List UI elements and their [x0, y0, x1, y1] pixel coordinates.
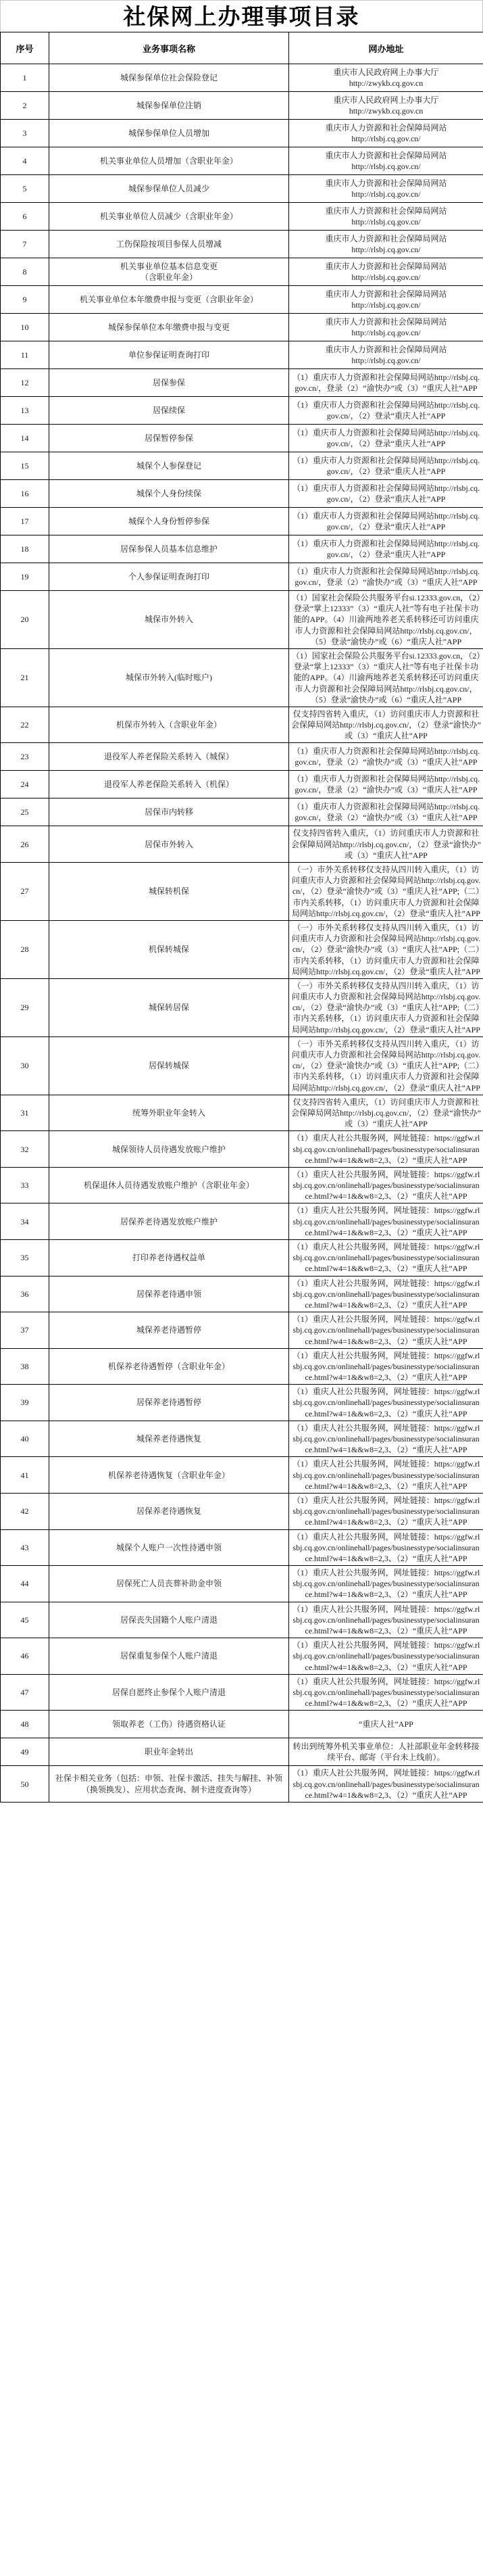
- row-name: 城保市外转入(临时账户): [49, 648, 289, 707]
- table-row: 11 单位参保证明查询打印 重庆市人力资源和社会保障局网站 http://rls…: [1, 341, 483, 369]
- table-row: 16 城保个人身份续保 （1）重庆市人力资源和社会保障局网站http://rls…: [1, 480, 483, 508]
- table-row: 27 城保转机保 （一）市外关系转移仅支持从四川转入重庆，（1）访问重庆市人力资…: [1, 863, 483, 921]
- table-row: 38 机保养老待遇暂停（含职业年金） （1）重庆人社公共服务网，网址链接：htt…: [1, 1348, 483, 1385]
- row-no: 50: [1, 1766, 49, 1803]
- row-address: （一）市外关系转移仅支持从四川转入重庆，（1）访问重庆市人力资源和社会保障局网站…: [289, 920, 483, 978]
- table-row: 33 机保退休人员待遇发放账户维护（含职业年金） （1）重庆人社公共服务网，网址…: [1, 1167, 483, 1203]
- row-address: （1）重庆市人力资源和社会保障局网站http://rlsbj.cq.gov.cn…: [289, 771, 483, 798]
- row-name: 城保养老待遇恢复: [49, 1421, 289, 1457]
- table-row: 46 居保重复参保个人账户清退 （1）重庆人社公共服务网，网址链接：https:…: [1, 1638, 483, 1675]
- row-no: 20: [1, 591, 49, 649]
- table-row: 31 统筹外职业年金转入 仅支持四省转入重庆，（1）访问重庆市人力资源和社会保障…: [1, 1095, 483, 1131]
- row-name: 机保养老待遇暂停（含职业年金）: [49, 1348, 289, 1385]
- table-row: 5 城保参保单位人员减少 重庆市人力资源和社会保障局网站 http://rlsb…: [1, 175, 483, 203]
- row-no: 15: [1, 452, 49, 480]
- row-no: 38: [1, 1348, 49, 1385]
- table-row: 17 城保个人身份暂停参保 （1）重庆市人力资源和社会保障局网站http://r…: [1, 508, 483, 535]
- row-no: 16: [1, 480, 49, 508]
- table-row: 28 机保转城保 （一）市外关系转移仅支持从四川转入重庆，（1）访问重庆市人力资…: [1, 920, 483, 978]
- row-no: 22: [1, 707, 49, 743]
- row-address: （1）重庆市人力资源和社会保障局网站http://rlsbj.cq.gov.cn…: [289, 743, 483, 771]
- table-row: 4 机关事业单位人员增加（含职业年金） 重庆市人力资源和社会保障局网站 http…: [1, 147, 483, 175]
- row-address: 重庆市人力资源和社会保障局网站 http://rlsbj.cq.gov.cn/: [289, 120, 483, 147]
- document-page: 社保网上办理事项目录 序号 业务事项名称 网办地址 1 城保参保单位社会保险登记…: [0, 0, 483, 1803]
- table-row: 1 城保参保单位社会保险登记 重庆市人民政府网上办事大厅 http://zwyk…: [1, 64, 483, 92]
- title-band: 社保网上办理事项目录: [0, 0, 483, 32]
- row-name: 机保退休人员待遇发放账户维护（含职业年金）: [49, 1167, 289, 1203]
- row-no: 27: [1, 863, 49, 921]
- row-address: 重庆市人力资源和社会保障局网站 http://rlsbj.cq.gov.cn/: [289, 314, 483, 341]
- row-no: 32: [1, 1131, 49, 1168]
- row-name: 个人参保证明查询打印: [49, 563, 289, 591]
- row-name: 居保参保人员基本信息维护: [49, 535, 289, 563]
- table-row: 7 工伤保险按项目参保人员增减 重庆市人力资源和社会保障局网站 http://r…: [1, 231, 483, 258]
- row-no: 4: [1, 147, 49, 175]
- table-row: 19 个人参保证明查询打印 （1）重庆市人力资源和社会保障局网站http://r…: [1, 563, 483, 591]
- row-name: 领取养老（工伤）待遇资格认证: [49, 1711, 289, 1738]
- row-no: 28: [1, 920, 49, 978]
- row-name: 机关事业单位基本信息变更 （含职业年金）: [49, 258, 289, 286]
- row-no: 47: [1, 1674, 49, 1711]
- table-row: 22 机保市外转入（含职业年金） 仅支持四省转入重庆，（1）访问重庆市人力资源和…: [1, 707, 483, 743]
- row-name: 城保转居保: [49, 978, 289, 1036]
- row-no: 1: [1, 64, 49, 92]
- row-no: 11: [1, 341, 49, 369]
- row-address: （1）重庆人社公共服务网，网址链接：https://ggfw.rlsbj.cq.…: [289, 1674, 483, 1711]
- row-no: 19: [1, 563, 49, 591]
- row-no: 6: [1, 203, 49, 231]
- row-address: 仅支持四省转入重庆，（1）访问重庆市人力资源和社会保障局网站http://rls…: [289, 826, 483, 863]
- table-header-no: 序号: [1, 32, 49, 64]
- row-address: （1）重庆人社公共服务网，网址链接：https://ggfw.rlsbj.cq.…: [289, 1203, 483, 1240]
- row-no: 14: [1, 425, 49, 452]
- row-name: 城保参保单位人员减少: [49, 175, 289, 203]
- row-name: 城保市外转入: [49, 591, 289, 649]
- row-address: （1）重庆人社公共服务网，网址链接：https://ggfw.rlsbj.cq.…: [289, 1240, 483, 1277]
- row-address: 重庆市人力资源和社会保障局网站 http://rlsbj.cq.gov.cn/: [289, 258, 483, 286]
- row-no: 7: [1, 231, 49, 258]
- row-no: 34: [1, 1203, 49, 1240]
- row-no: 48: [1, 1711, 49, 1738]
- row-name: 居保养老待遇申领: [49, 1276, 289, 1312]
- row-address: 仅支持四省转入重庆，（1）访问重庆市人力资源和社会保障局网站http://rls…: [289, 1095, 483, 1131]
- table-row: 13 居保续保 （1）重庆市人力资源和社会保障局网站http://rlsbj.c…: [1, 397, 483, 425]
- directory-table: 序号 业务事项名称 网办地址 1 城保参保单位社会保险登记 重庆市人民政府网上办…: [0, 32, 483, 1803]
- row-address: （1）重庆市人力资源和社会保障局网站http://rlsbj.cq.gov.cn…: [289, 425, 483, 452]
- row-name: 城保个人参保登记: [49, 452, 289, 480]
- row-address: 重庆市人力资源和社会保障局网站 http://rlsbj.cq.gov.cn/: [289, 286, 483, 314]
- row-address: （1）重庆人社公共服务网，网址链接：https://ggfw.rlsbj.cq.…: [289, 1457, 483, 1494]
- row-address: （1）重庆人社公共服务网，网址链接：https://ggfw.rlsbj.cq.…: [289, 1131, 483, 1168]
- row-address: （一）市外关系转移仅支持从四川转入重庆，（1）访问重庆市人力资源和社会保障局网站…: [289, 863, 483, 921]
- row-address: （1）重庆市人力资源和社会保障局网站http://rlsbj.cq.gov.cn…: [289, 480, 483, 508]
- row-address: （1）重庆人社公共服务网，网址链接：https://ggfw.rlsbj.cq.…: [289, 1421, 483, 1457]
- row-no: 13: [1, 397, 49, 425]
- row-no: 45: [1, 1602, 49, 1638]
- row-address: （1）重庆人社公共服务网，网址链接：https://ggfw.rlsbj.cq.…: [289, 1566, 483, 1602]
- table-header-name: 业务事项名称: [49, 32, 289, 64]
- row-address: “重庆人社”APP: [289, 1711, 483, 1738]
- row-no: 8: [1, 258, 49, 286]
- row-name: 居保重复参保个人账户清退: [49, 1638, 289, 1675]
- row-address: （1）重庆人社公共服务网，网址链接：https://ggfw.rlsbj.cq.…: [289, 1493, 483, 1529]
- row-name: 城保参保单位本年缴费申报与变更: [49, 314, 289, 341]
- row-name: 居保养老待遇暂停: [49, 1385, 289, 1421]
- row-name: 居保续保: [49, 397, 289, 425]
- row-name: 居保丧失国籍个人账户清退: [49, 1602, 289, 1638]
- row-name: 居保自愿终止参保个人账户清退: [49, 1674, 289, 1711]
- row-address: 重庆市人民政府网上办事大厅 http://zwykb.cq.gov.cn: [289, 64, 483, 92]
- row-no: 18: [1, 535, 49, 563]
- row-name: 统筹外职业年金转入: [49, 1095, 289, 1131]
- table-row: 21 城保市外转入(临时账户) （1）国家社会保险公共服务平台si.12333.…: [1, 648, 483, 707]
- row-name: 机保转城保: [49, 920, 289, 978]
- row-address: （1）重庆市人力资源和社会保障局网站http://rlsbj.cq.gov.cn…: [289, 563, 483, 591]
- row-name: 城保领待人员待遇发放账户维护: [49, 1131, 289, 1168]
- row-address: （1）重庆人社公共服务网，网址链接：https://ggfw.rlsbj.cq.…: [289, 1312, 483, 1349]
- row-no: 49: [1, 1738, 49, 1766]
- row-address: 重庆市人民政府网上办事大厅 http://zwykb.cq.gov.cn: [289, 92, 483, 120]
- table-row: 36 居保养老待遇申领 （1）重庆人社公共服务网，网址链接：https://gg…: [1, 1276, 483, 1312]
- table-row: 41 机保养老待遇恢复（含职业年金） （1）重庆人社公共服务网，网址链接：htt…: [1, 1457, 483, 1494]
- row-name: 打印养老待遇权益单: [49, 1240, 289, 1277]
- row-address: （1）重庆市人力资源和社会保障局网站http://rlsbj.cq.gov.cn…: [289, 535, 483, 563]
- table-row: 24 退役军人养老保险关系转入（机保） （1）重庆市人力资源和社会保障局网站ht…: [1, 771, 483, 798]
- table-row: 50 社保卡相关业务（包括：申领、社保卡激活、挂失与解挂、补领（换领换发）、应用…: [1, 1766, 483, 1803]
- row-address: （1）重庆市人力资源和社会保障局网站http://rlsbj.cq.gov.cn…: [289, 452, 483, 480]
- row-address: 转出到统筹外机关事业单位：人社部职业年金转移接续平台、邮寄（平台未上线前）。: [289, 1738, 483, 1766]
- table-row: 15 城保个人参保登记 （1）重庆市人力资源和社会保障局网站http://rls…: [1, 452, 483, 480]
- row-name: 城保个人身份暂停参保: [49, 508, 289, 535]
- row-no: 2: [1, 92, 49, 120]
- row-no: 30: [1, 1036, 49, 1095]
- table-row: 37 城保养老待遇暂停 （1）重庆人社公共服务网，网址链接：https://gg…: [1, 1312, 483, 1349]
- row-address: （1）重庆人社公共服务网，网址链接：https://ggfw.rlsbj.cq.…: [289, 1529, 483, 1566]
- row-name: 城保参保单位注销: [49, 92, 289, 120]
- row-no: 36: [1, 1276, 49, 1312]
- row-name: 城保个人账户一次性待遇申领: [49, 1529, 289, 1566]
- table-header-row: 序号 业务事项名称 网办地址: [1, 32, 483, 64]
- row-no: 10: [1, 314, 49, 341]
- table-row: 23 退役军人养老保险关系转入（城保） （1）重庆市人力资源和社会保障局网站ht…: [1, 743, 483, 771]
- row-name: 退役军人养老保险关系转入（机保）: [49, 771, 289, 798]
- table-row: 47 居保自愿终止参保个人账户清退 （1）重庆人社公共服务网，网址链接：http…: [1, 1674, 483, 1711]
- table-row: 43 城保个人账户一次性待遇申领 （1）重庆人社公共服务网，网址链接：https…: [1, 1529, 483, 1566]
- row-no: 3: [1, 120, 49, 147]
- row-name: 居保养老待遇恢复: [49, 1493, 289, 1529]
- table-row: 6 机关事业单位人员减少（含职业年金） 重庆市人力资源和社会保障局网站 http…: [1, 203, 483, 231]
- table-row: 12 居保参保 （1）重庆市人力资源和社会保障局网站http://rlsbj.c…: [1, 369, 483, 397]
- row-name: 居保市外转入: [49, 826, 289, 863]
- table-row: 49 职业年金转出 转出到统筹外机关事业单位：人社部职业年金转移接续平台、邮寄（…: [1, 1738, 483, 1766]
- row-no: 42: [1, 1493, 49, 1529]
- row-address: （一）市外关系转移仅支持从四川转入重庆，（1）访问重庆市人力资源和社会保障局网站…: [289, 1036, 483, 1095]
- row-no: 24: [1, 771, 49, 798]
- row-address: （1）重庆人社公共服务网，网址链接：https://ggfw.rlsbj.cq.…: [289, 1167, 483, 1203]
- table-row: 26 居保市外转入 仅支持四省转入重庆，（1）访问重庆市人力资源和社会保障局网站…: [1, 826, 483, 863]
- row-name: 城保个人身份续保: [49, 480, 289, 508]
- table-row: 20 城保市外转入 （1）国家社会保险公共服务平台si.12333.gov.cn…: [1, 591, 483, 649]
- row-name: 居保暂停参保: [49, 425, 289, 452]
- row-no: 41: [1, 1457, 49, 1494]
- row-no: 17: [1, 508, 49, 535]
- table-row: 8 机关事业单位基本信息变更 （含职业年金） 重庆市人力资源和社会保障局网站 h…: [1, 258, 483, 286]
- table-row: 10 城保参保单位本年缴费申报与变更 重庆市人力资源和社会保障局网站 http:…: [1, 314, 483, 341]
- row-no: 40: [1, 1421, 49, 1457]
- row-name: 城保参保单位人员增加: [49, 120, 289, 147]
- row-name: 城保转机保: [49, 863, 289, 921]
- row-name: 机保养老待遇恢复（含职业年金）: [49, 1457, 289, 1494]
- row-name: 居保死亡人员丧葬补助金申领: [49, 1566, 289, 1602]
- row-no: 26: [1, 826, 49, 863]
- row-no: 23: [1, 743, 49, 771]
- table-row: 25 居保市内转移 （1）重庆市人力资源和社会保障局网站http://rlsbj…: [1, 798, 483, 826]
- row-address: （1）重庆市人力资源和社会保障局网站http://rlsbj.cq.gov.cn…: [289, 508, 483, 535]
- row-name: 机保市外转入（含职业年金）: [49, 707, 289, 743]
- table-row: 35 打印养老待遇权益单 （1）重庆人社公共服务网，网址链接：https://g…: [1, 1240, 483, 1277]
- row-no: 44: [1, 1566, 49, 1602]
- table-row: 3 城保参保单位人员增加 重庆市人力资源和社会保障局网站 http://rlsb…: [1, 120, 483, 147]
- row-no: 29: [1, 978, 49, 1036]
- table-row: 30 居保转城保 （一）市外关系转移仅支持从四川转入重庆，（1）访问重庆市人力资…: [1, 1036, 483, 1095]
- row-no: 33: [1, 1167, 49, 1203]
- row-name: 居保市内转移: [49, 798, 289, 826]
- row-name: 居保参保: [49, 369, 289, 397]
- row-address: （1）重庆人社公共服务网，网址链接：https://ggfw.rlsbj.cq.…: [289, 1638, 483, 1675]
- table-row: 44 居保死亡人员丧葬补助金申领 （1）重庆人社公共服务网，网址链接：https…: [1, 1566, 483, 1602]
- row-address: （1）重庆市人力资源和社会保障局网站http://rlsbj.cq.gov.cn…: [289, 397, 483, 425]
- row-address: （1）国家社会保险公共服务平台si.12333.gov.cn，（2）登录“掌上1…: [289, 648, 483, 707]
- table-row: 9 机关事业单位本年缴费申报与变更（含职业年金） 重庆市人力资源和社会保障局网站…: [1, 286, 483, 314]
- row-name: 单位参保证明查询打印: [49, 341, 289, 369]
- table-row: 18 居保参保人员基本信息维护 （1）重庆市人力资源和社会保障局网站http:/…: [1, 535, 483, 563]
- row-no: 39: [1, 1385, 49, 1421]
- row-address: （1）重庆人社公共服务网，网址链接：https://ggfw.rlsbj.cq.…: [289, 1766, 483, 1803]
- row-address: （1）重庆人社公共服务网，网址链接：https://ggfw.rlsbj.cq.…: [289, 1602, 483, 1638]
- row-no: 21: [1, 648, 49, 707]
- row-name: 机关事业单位人员减少（含职业年金）: [49, 203, 289, 231]
- row-no: 46: [1, 1638, 49, 1675]
- table-row: 45 居保丧失国籍个人账户清退 （1）重庆人社公共服务网，网址链接：https:…: [1, 1602, 483, 1638]
- row-no: 37: [1, 1312, 49, 1349]
- table-row: 2 城保参保单位注销 重庆市人民政府网上办事大厅 http://zwykb.cq…: [1, 92, 483, 120]
- table-body: 1 城保参保单位社会保险登记 重庆市人民政府网上办事大厅 http://zwyk…: [1, 64, 483, 1803]
- row-address: 重庆市人力资源和社会保障局网站 http://rlsbj.cq.gov.cn/: [289, 203, 483, 231]
- row-no: 31: [1, 1095, 49, 1131]
- row-name: 居保养老待遇发放账户维护: [49, 1203, 289, 1240]
- row-name: 退役军人养老保险关系转入（城保）: [49, 743, 289, 771]
- row-address: 重庆市人力资源和社会保障局网站 http://rlsbj.cq.gov.cn/: [289, 175, 483, 203]
- row-address: （1）重庆人社公共服务网，网址链接：https://ggfw.rlsbj.cq.…: [289, 1348, 483, 1385]
- table-row: 34 居保养老待遇发放账户维护 （1）重庆人社公共服务网，网址链接：https:…: [1, 1203, 483, 1240]
- row-address: （1）重庆市人力资源和社会保障局网站http://rlsbj.cq.gov.cn…: [289, 369, 483, 397]
- row-address: 仅支持四省转入重庆，（1）访问重庆市人力资源和社会保障局网站http://rls…: [289, 707, 483, 743]
- row-address: （一）市外关系转移仅支持从四川转入重庆，（1）访问重庆市人力资源和社会保障局网站…: [289, 978, 483, 1036]
- table-row: 40 城保养老待遇恢复 （1）重庆人社公共服务网，网址链接：https://gg…: [1, 1421, 483, 1457]
- row-no: 35: [1, 1240, 49, 1277]
- row-no: 9: [1, 286, 49, 314]
- row-address: （1）重庆市人力资源和社会保障局网站http://rlsbj.cq.gov.cn…: [289, 798, 483, 826]
- row-address: 重庆市人力资源和社会保障局网站 http://rlsbj.cq.gov.cn/: [289, 231, 483, 258]
- table-header-address: 网办地址: [289, 32, 483, 64]
- table-row: 29 城保转居保 （一）市外关系转移仅支持从四川转入重庆，（1）访问重庆市人力资…: [1, 978, 483, 1036]
- row-address: 重庆市人力资源和社会保障局网站 http://rlsbj.cq.gov.cn/: [289, 341, 483, 369]
- row-address: （1）重庆人社公共服务网，网址链接：https://ggfw.rlsbj.cq.…: [289, 1276, 483, 1312]
- table-row: 42 居保养老待遇恢复 （1）重庆人社公共服务网，网址链接：https://gg…: [1, 1493, 483, 1529]
- row-address: （1）重庆人社公共服务网，网址链接：https://ggfw.rlsbj.cq.…: [289, 1385, 483, 1421]
- row-no: 43: [1, 1529, 49, 1566]
- row-address: （1）国家社会保险公共服务平台si.12333.gov.cn，（2）登录“掌上1…: [289, 591, 483, 649]
- row-name: 城保养老待遇暂停: [49, 1312, 289, 1349]
- row-name: 机关事业单位本年缴费申报与变更（含职业年金）: [49, 286, 289, 314]
- row-name: 职业年金转出: [49, 1738, 289, 1766]
- row-no: 12: [1, 369, 49, 397]
- row-name: 城保参保单位社会保险登记: [49, 64, 289, 92]
- table-row: 32 城保领待人员待遇发放账户维护 （1）重庆人社公共服务网，网址链接：http…: [1, 1131, 483, 1168]
- table-row: 48 领取养老（工伤）待遇资格认证 “重庆人社”APP: [1, 1711, 483, 1738]
- row-name: 居保转城保: [49, 1036, 289, 1095]
- row-address: 重庆市人力资源和社会保障局网站 http://rlsbj.cq.gov.cn/: [289, 147, 483, 175]
- row-name: 社保卡相关业务（包括：申领、社保卡激活、挂失与解挂、补领（换领换发）、应用状态查…: [49, 1766, 289, 1803]
- table-row: 14 居保暂停参保 （1）重庆市人力资源和社会保障局网站http://rlsbj…: [1, 425, 483, 452]
- page-title: 社保网上办理事项目录: [1, 4, 482, 30]
- row-name: 工伤保险按项目参保人员增减: [49, 231, 289, 258]
- row-no: 5: [1, 175, 49, 203]
- table-row: 39 居保养老待遇暂停 （1）重庆人社公共服务网，网址链接：https://gg…: [1, 1385, 483, 1421]
- row-name: 机关事业单位人员增加（含职业年金）: [49, 147, 289, 175]
- row-no: 25: [1, 798, 49, 826]
